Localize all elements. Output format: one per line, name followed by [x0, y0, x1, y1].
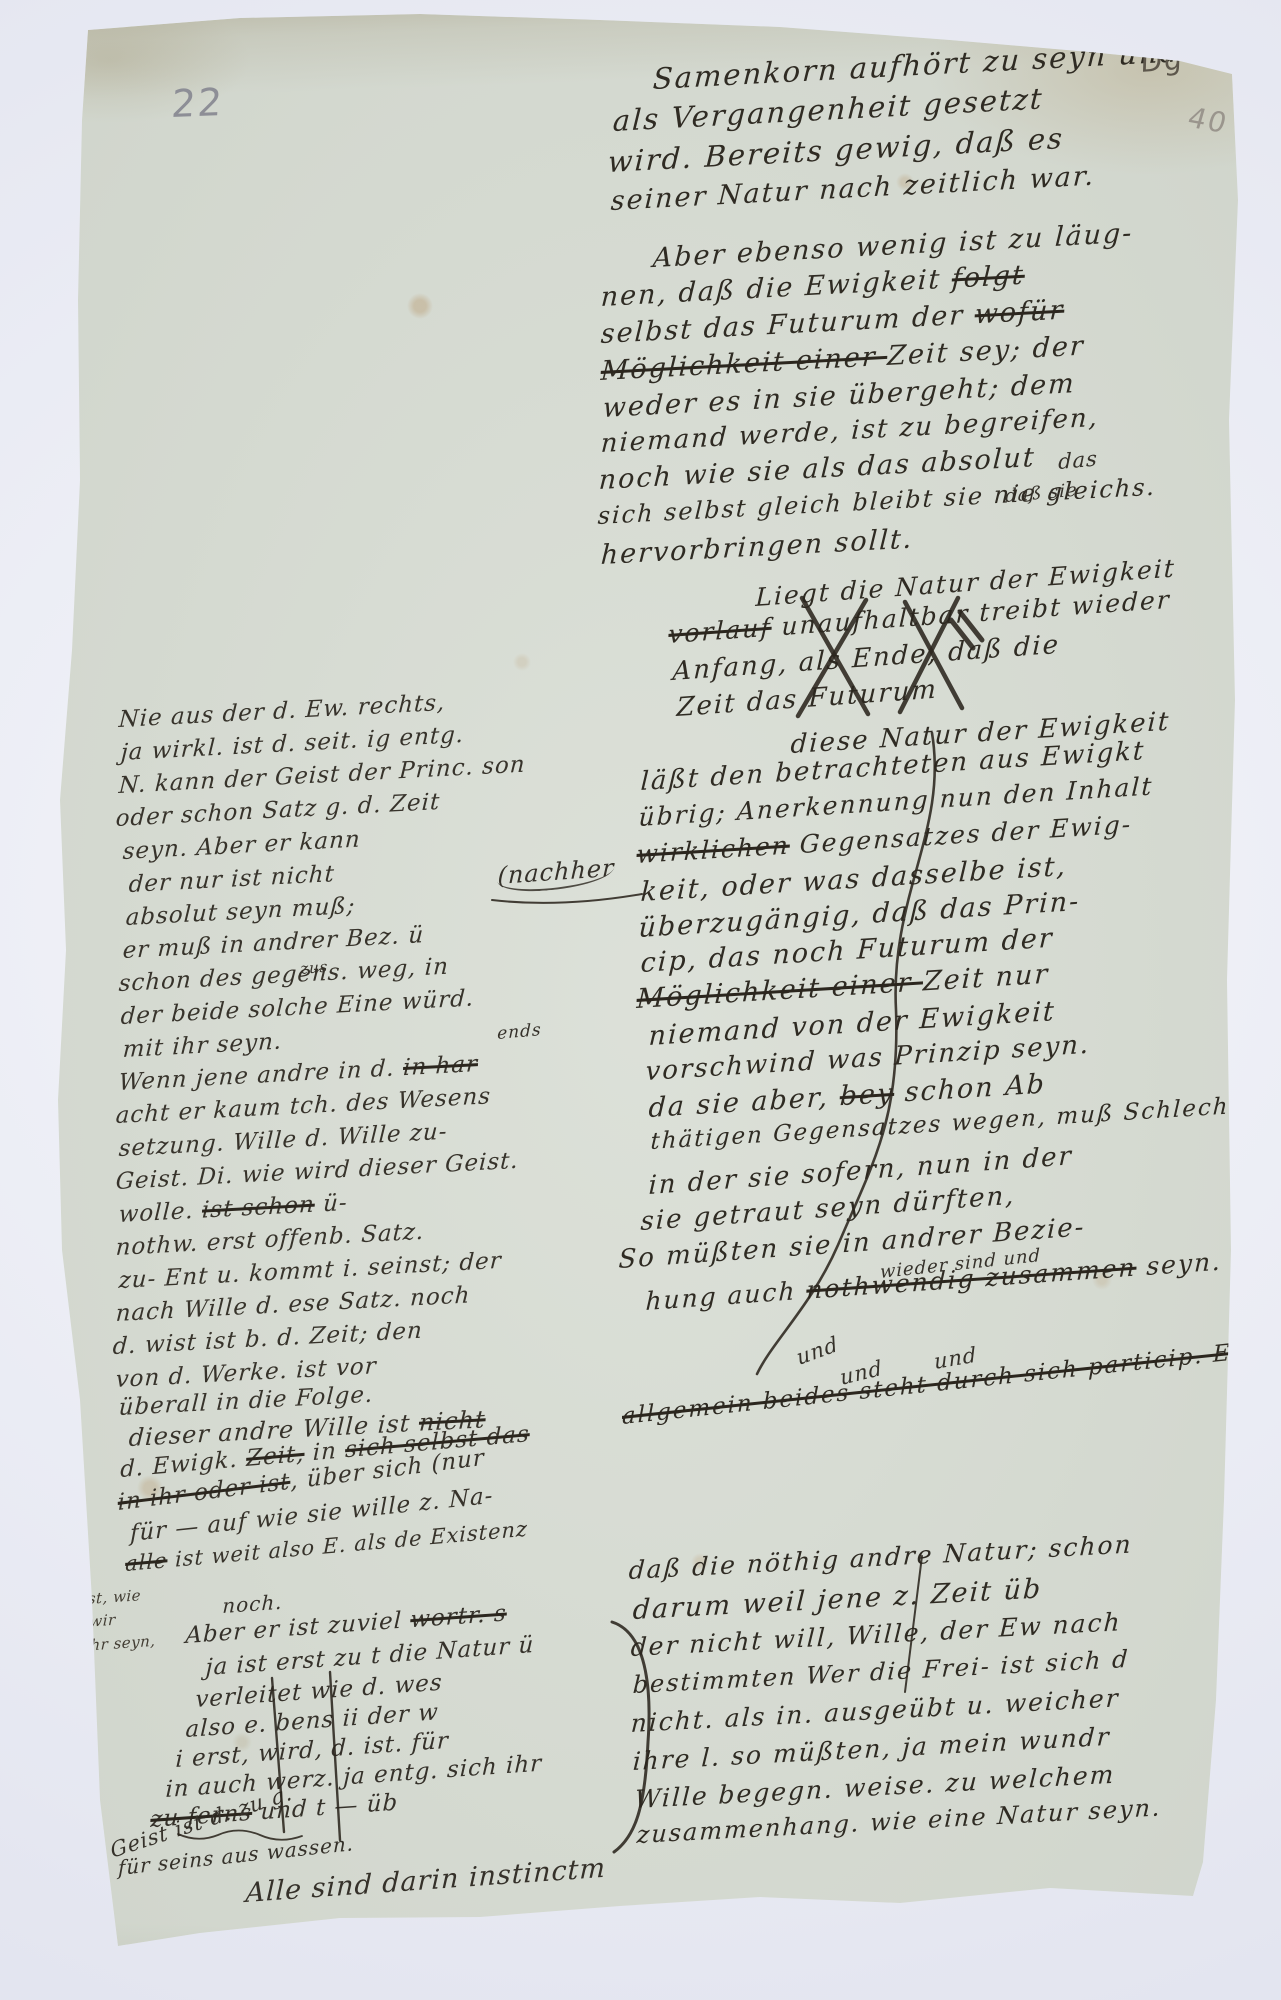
interline-inserts-line: zus — [300, 957, 328, 978]
struck-text: wofür — [974, 295, 1065, 331]
struck-text: bey — [839, 1078, 895, 1112]
interline-inserts-line: (nachher — [497, 854, 615, 894]
struck-text: wirklichen — [636, 830, 790, 869]
underline-flourish — [492, 894, 642, 903]
interline-inserts-line: das — [1058, 446, 1098, 474]
struck-text: folgt — [951, 260, 1026, 295]
left-column-line: absolut seyn muß; — [125, 893, 356, 931]
left-column-line: seyn. Aber er kann — [122, 826, 361, 865]
text-segment: hung auch — [645, 1276, 807, 1316]
struck-text: in har — [402, 1051, 478, 1081]
margin-notes-line: Er ist, wie — [58, 1586, 141, 1610]
text-segment: Zeit nur — [922, 959, 1050, 998]
margin-notes-line: aus ihr seyn, — [52, 1632, 156, 1657]
struck-text: ist schon — [201, 1192, 315, 1224]
bottom-left-block-line: Alle sind darin instinctm — [245, 1853, 607, 1909]
scanned-manuscript-photo: { "page": { "number_left": "22", "annota… — [0, 0, 1281, 2000]
left-column-line: der nur ist nicht — [128, 861, 335, 898]
bottom-left-block-line: noch. — [222, 1590, 283, 1618]
pencil-marks-line: 22 — [170, 80, 225, 126]
text-segment: Zeit sey; der — [886, 331, 1085, 372]
bottom-right-block-line: daß die nöthig andre Natur; schon — [628, 1529, 1133, 1585]
pencil-marks-line: 40 — [1184, 101, 1232, 140]
text-segment: da sie aber, — [648, 1081, 840, 1124]
struck-text: vorlauf — [668, 613, 772, 649]
interline-inserts-line: ends — [497, 1020, 542, 1044]
left-column-line: mit ihr seyn. — [122, 1029, 283, 1063]
struck-text: alle — [125, 1548, 168, 1576]
right-column-line: Samenkorn aufhört zu seyn und — [652, 34, 1181, 96]
left-column-line: wolle. ist schon ü- — [118, 1190, 348, 1228]
text-segment: seyn. — [1136, 1247, 1223, 1282]
interline-inserts-line: und — [794, 1332, 841, 1370]
struck-text: wortr. s — [410, 1600, 507, 1633]
manuscript-paper-sheet: Samenkorn aufhört zu seyn undals Vergang… — [0, 0, 1281, 2000]
right-column-line: hervorbringen sollt. — [600, 523, 914, 571]
pencil-marks-line: Dg — [1140, 43, 1184, 79]
text-segment: schon Ab — [894, 1069, 1047, 1109]
text-segment: wolle. — [118, 1198, 203, 1228]
margin-notes-line: viel wir — [55, 1611, 116, 1633]
text-segment: ü- — [314, 1190, 348, 1218]
